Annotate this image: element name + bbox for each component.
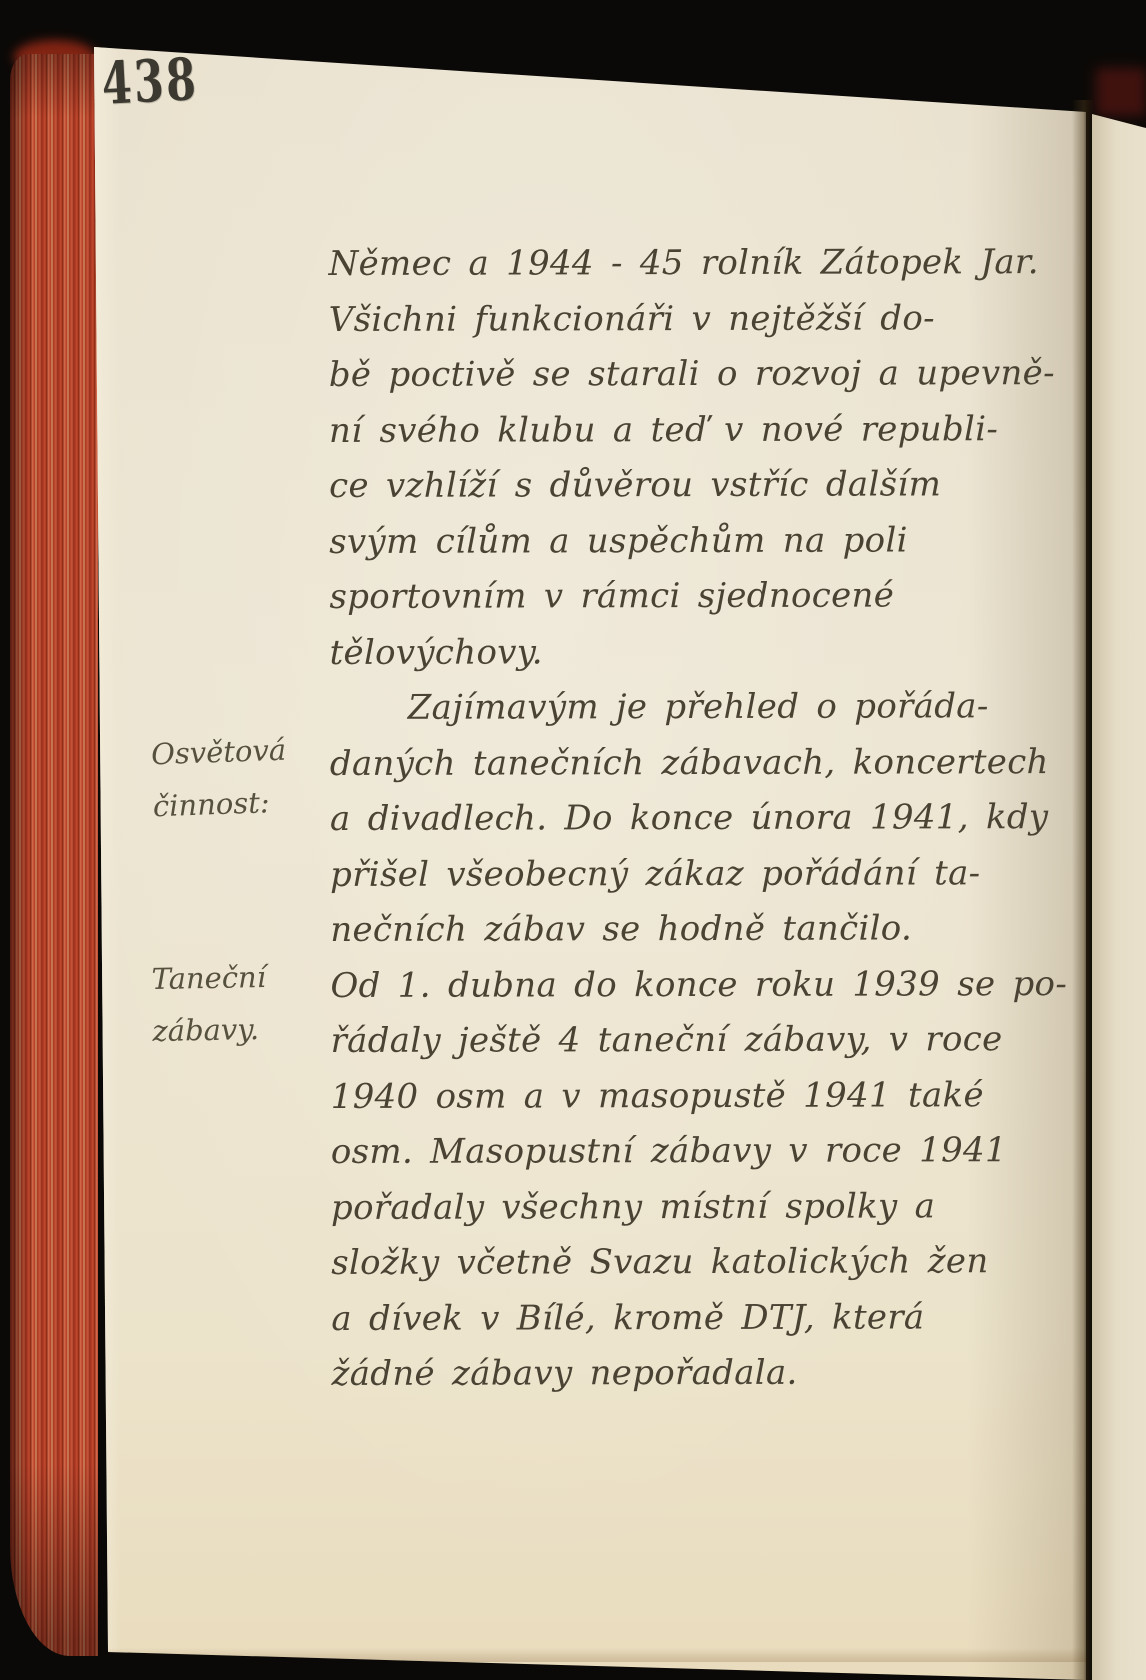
handwritten-line: přišel všeobecný zákaz pořádání ta- [330, 846, 1067, 903]
margin-note-line: Osvětová [150, 724, 287, 781]
handwritten-line: ní svého klubu a teď v nové republi- [329, 402, 1066, 459]
facing-page-edge [1092, 98, 1146, 1680]
handwritten-line: sportovním v rámci sjednocené [329, 568, 1066, 625]
margin-note-tanecni-zabavy: Taneční zábavy. [151, 951, 267, 1057]
handwritten-text: Němec a 1944 - 45 rolník Zátopek Jar. Vš… [328, 235, 1068, 1402]
handwritten-line: řádaly ještě 4 taneční zábavy, v roce [331, 1012, 1068, 1069]
handwritten-line: Od 1. dubna do konce roku 1939 se po- [330, 957, 1067, 1014]
handwritten-line: Všichni funkcionáři v nejtěžší do- [329, 291, 1066, 348]
handwritten-line: svým cílům a uspěchům na poli [329, 513, 1066, 570]
handwritten-line: 1940 osm a v masopustě 1941 také [331, 1068, 1068, 1125]
margin-note-line: zábavy. [152, 1003, 267, 1057]
handwritten-line: a divadlech. Do konce února 1941, kdy [330, 790, 1067, 847]
handwritten-line: tělovýchovy. [329, 624, 1066, 681]
page-bottom-shading [94, 1648, 1086, 1662]
handwritten-line: nečních zábav se hodně tančilo. [330, 901, 1067, 958]
handwritten-line: a dívek v Bílé, kromě DTJ, která [331, 1290, 1068, 1347]
page-number-stamp: 438 [100, 45, 200, 118]
handwritten-line: složky včetně Svazu katolických žen [331, 1234, 1068, 1291]
handwritten-line: osm. Masopustní zábavy v roce 1941 [331, 1123, 1068, 1180]
handwritten-line: ce vzhlíží s důvěrou vstříc dalším [329, 457, 1066, 514]
book-cover-corner [1096, 68, 1146, 116]
handwritten-line: pořadaly všechny místní spolky a [331, 1179, 1068, 1236]
handwritten-line: žádné zábavy nepořadala. [331, 1345, 1068, 1402]
margin-note-osvetova-cinnost: Osvětová činnost: [150, 724, 289, 833]
handwritten-line: Němec a 1944 - 45 rolník Zátopek Jar. [328, 235, 1065, 292]
margin-note-line: Taneční [151, 951, 266, 1005]
handwritten-line: daných tanečních zábavach, koncertech [330, 735, 1067, 792]
book-scan: 438 Osvětová činnost: Taneční zábavy. Ně… [0, 0, 1146, 1680]
margin-note-line: činnost: [152, 776, 289, 833]
handwritten-line: Zajímavým je přehled o pořáda- [330, 679, 1067, 736]
book-red-page-edges [10, 54, 98, 1656]
handwritten-line: bě poctivě se starali o rozvoj a upevně- [329, 346, 1066, 403]
